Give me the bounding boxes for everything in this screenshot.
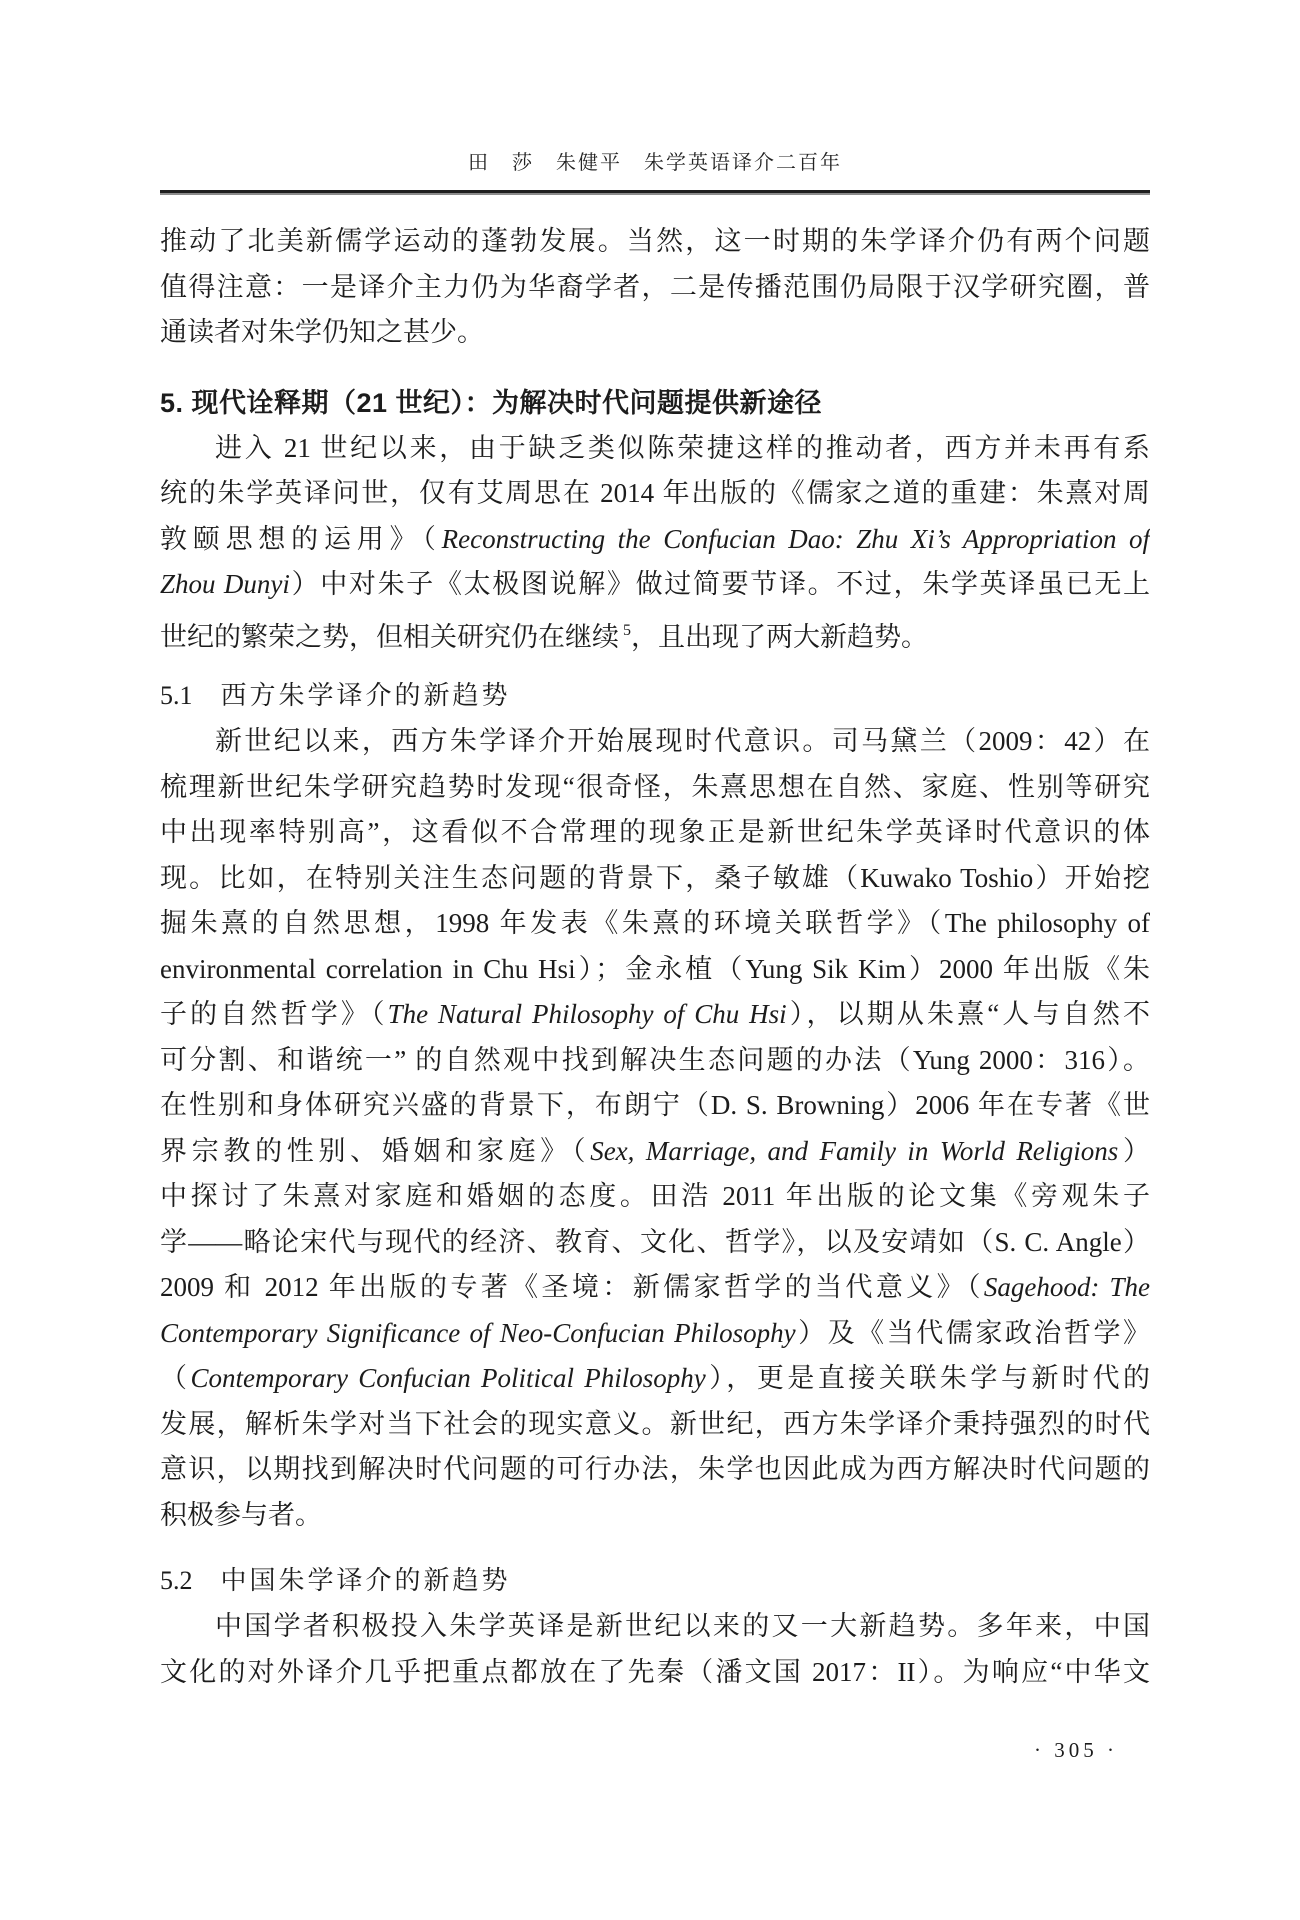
text-line: 新世纪以来，西方朱学译介开始展现时代意识。司马黛兰（2009：42）在 [160,719,1150,765]
subsection-number: 5.2 [160,1566,193,1595]
text-segment: 掘朱熹的自然思想，1998 年发表《朱熹的环境关联哲学》（The philoso… [160,908,1150,938]
text-line: （Contemporary Confucian Political Philos… [160,1356,1150,1402]
text-line: 推动了北美新儒学运动的蓬勃发展。当然，这一时期的朱学译介仍有两个问题 [160,219,1150,265]
text-segment: ，且出现了两大新趋势。 [631,622,928,652]
text-segment: 意识，以期找到解决时代问题的可行办法，朱学也因此成为西方解决时代问题的 [160,1454,1150,1484]
subsection-title: 中国朱学译介的新趋势 [221,1566,511,1595]
italic-title-segment: Contemporary Confucian Political Philoso… [191,1363,706,1393]
text-line: 界宗教的性别、婚姻和家庭》（Sex, Marriage, and Family … [160,1129,1150,1175]
paragraph: 中国学者积极投入朱学英译是新世纪以来的又一大新趋势。多年来，中国文化的对外译介几… [160,1604,1150,1695]
text-line: environmental correlation in Chu Hsi）；金永… [160,947,1150,993]
italic-title-segment: The Natural Philosophy of Chu Hsi [388,999,787,1029]
text-line: 可分割、和谐统一” 的自然观中找到解决生态问题的办法（Yung 2000：316… [160,1038,1150,1084]
text-line: 学——略论宋代与现代的经济、教育、文化、哲学》，以及安靖如（S. C. Angl… [160,1220,1150,1266]
text-line: 通读者对朱学仍知之甚少。 [160,310,1150,356]
text-segment: 在性别和身体研究兴盛的背景下，布朗宁（D. S. Browning）2006 年… [160,1090,1150,1120]
text-line: Zhou Dunyi）中对朱子《太极图说解》做过简要节译。不过，朱学英译虽已无上 [160,562,1150,608]
header-rule [160,190,1150,195]
text-segment: 中出现率特别高”，这看似不合常理的现象正是新世纪朱学英译时代意识的体 [160,817,1150,847]
text-segment: ），以期从朱熹“人与自然不 [787,999,1150,1029]
section-heading: 5. 现代诠释期（21 世纪）：为解决时代问题提供新途径 [160,380,1150,426]
subsection-heading: 5.1西方朱学译介的新趋势 [160,673,1150,719]
paragraph: 推动了北美新儒学运动的蓬勃发展。当然，这一时期的朱学译介仍有两个问题值得注意：一… [160,219,1150,356]
text-segment: 学——略论宋代与现代的经济、教育、文化、哲学》，以及安靖如（S. C. Angl… [160,1227,1150,1257]
italic-title-segment: Reconstructing the Confucian Dao: Zhu Xi… [442,524,1150,554]
text-line: 中出现率特别高”，这看似不合常理的现象正是新世纪朱学英译时代意识的体 [160,810,1150,856]
text-segment: 通读者对朱学仍知之甚少。 [160,317,484,347]
text-segment: 梳理新世纪朱学研究趋势时发现“很奇怪，朱熹思想在自然、家庭、性别等研究 [160,772,1150,802]
text-segment: 现。比如，在特别关注生态问题的背景下，桑子敏雄（Kuwako Toshio）开始… [160,863,1150,893]
text-line: 中国学者积极投入朱学英译是新世纪以来的又一大新趋势。多年来，中国 [160,1604,1150,1650]
text-line: 意识，以期找到解决时代问题的可行办法，朱学也因此成为西方解决时代问题的 [160,1447,1150,1493]
paragraph: 进入 21 世纪以来，由于缺乏类似陈荣捷这样的推动者，西方并未再有系统的朱学英译… [160,426,1150,654]
text-line: 敦颐思想的运用》（Reconstructing the Confucian Da… [160,517,1150,563]
text-line: 2009 和 2012 年出版的专著《圣境：新儒家哲学的当代意义》（Sageho… [160,1265,1150,1311]
text-line: 世纪的繁荣之势，但相关研究仍在继续5，且出现了两大新趋势。 [160,608,1150,654]
footnote-marker: 5 [623,622,631,639]
text-segment: 中探讨了朱熹对家庭和婚姻的态度。田浩 2011 年出版的论文集《旁观朱子 [160,1181,1150,1211]
text-segment: 可分割、和谐统一” 的自然观中找到解决生态问题的办法（Yung 2000：316… [160,1045,1150,1075]
text-line: 现。比如，在特别关注生态问题的背景下，桑子敏雄（Kuwako Toshio）开始… [160,856,1150,902]
text-line: 统的朱学英译问世，仅有艾周思在 2014 年出版的《儒家之道的重建：朱熹对周 [160,471,1150,517]
text-line: 文化的对外译介几乎把重点都放在了先秦（潘文国 2017：II）。为响应“中华文 [160,1650,1150,1696]
text-segment: ） [1118,1136,1150,1166]
text-line: 进入 21 世纪以来，由于缺乏类似陈荣捷这样的推动者，西方并未再有系 [160,426,1150,472]
text-segment: ）中对朱子《太极图说解》做过简要节译。不过，朱学英译虽已无上 [290,569,1150,599]
italic-title-segment: Zhou Dunyi [160,569,290,599]
text-line: 值得注意：一是译介主力仍为华裔学者，二是传播范围仍局限于汉学研究圈，普 [160,265,1150,311]
journal-page: 田 莎 朱健平 朱学英语译介二百年 推动了北美新儒学运动的蓬勃发展。当然，这一时… [0,0,1300,1920]
text-line: 积极参与者。 [160,1493,1150,1539]
text-line: 梳理新世纪朱学研究趋势时发现“很奇怪，朱熹思想在自然、家庭、性别等研究 [160,765,1150,811]
text-segment: ）及《当代儒家政治哲学》 [796,1318,1150,1348]
text-segment: 值得注意：一是译介主力仍为华裔学者，二是传播范围仍局限于汉学研究圈，普 [160,272,1150,302]
text-segment: environmental correlation in Chu Hsi）；金永… [160,954,1150,984]
text-segment: ），更是直接关联朱学与新时代的 [706,1363,1150,1393]
text-line: 子的自然哲学》（The Natural Philosophy of Chu Hs… [160,992,1150,1038]
paragraph: 新世纪以来，西方朱学译介开始展现时代意识。司马黛兰（2009：42）在梳理新世纪… [160,719,1150,1538]
text-segment: 世纪的繁荣之势，但相关研究仍在继续 [160,622,619,652]
text-line: Contemporary Significance of Neo-Confuci… [160,1311,1150,1357]
subsection-number: 5.1 [160,681,193,710]
text-segment: 进入 21 世纪以来，由于缺乏类似陈荣捷这样的推动者，西方并未再有系 [215,433,1150,463]
text-segment: 发展，解析朱学对当下社会的现实意义。新世纪，西方朱学译介秉持强烈的时代 [160,1409,1150,1439]
text-line: 发展，解析朱学对当下社会的现实意义。新世纪，西方朱学译介秉持强烈的时代 [160,1402,1150,1448]
subsection-heading: 5.2中国朱学译介的新趋势 [160,1558,1150,1604]
page-number: · 305 · [160,1738,1150,1763]
text-segment: 界宗教的性别、婚姻和家庭》（ [160,1136,590,1166]
text-line: 掘朱熹的自然思想，1998 年发表《朱熹的环境关联哲学》（The philoso… [160,901,1150,947]
text-line: 中探讨了朱熹对家庭和婚姻的态度。田浩 2011 年出版的论文集《旁观朱子 [160,1174,1150,1220]
text-segment: 新世纪以来，西方朱学译介开始展现时代意识。司马黛兰（2009：42）在 [215,726,1150,756]
page-number-text: · 305 · [1034,1738,1118,1762]
text-segment: 积极参与者。 [160,1500,322,1530]
italic-title-segment: Sex, Marriage, and Family in World Relig… [590,1136,1118,1166]
text-segment: 子的自然哲学》（ [160,999,388,1029]
content-blocks: 推动了北美新儒学运动的蓬勃发展。当然，这一时期的朱学译介仍有两个问题值得注意：一… [160,219,1150,1695]
text-segment: 中国学者积极投入朱学英译是新世纪以来的又一大新趋势。多年来，中国 [215,1611,1150,1641]
italic-title-segment: Contemporary Significance of Neo-Confuci… [160,1318,796,1348]
text-segment: 推动了北美新儒学运动的蓬勃发展。当然，这一时期的朱学译介仍有两个问题 [160,226,1150,256]
italic-title-segment: Sagehood: The [984,1272,1150,1302]
text-segment: 2009 和 2012 年出版的专著《圣境：新儒家哲学的当代意义》（ [160,1272,984,1302]
text-segment: （ [160,1363,191,1393]
running-header: 田 莎 朱健平 朱学英语译介二百年 [160,146,1150,175]
text-segment: 敦颐思想的运用》（ [160,524,442,554]
page-content: 田 莎 朱健平 朱学英语译介二百年 推动了北美新儒学运动的蓬勃发展。当然，这一时… [160,0,1150,1695]
text-line: 在性别和身体研究兴盛的背景下，布朗宁（D. S. Browning）2006 年… [160,1083,1150,1129]
subsection-title: 西方朱学译介的新趋势 [221,681,511,710]
text-segment: 统的朱学英译问世，仅有艾周思在 2014 年出版的《儒家之道的重建：朱熹对周 [160,478,1150,508]
text-segment: 文化的对外译介几乎把重点都放在了先秦（潘文国 2017：II）。为响应“中华文 [160,1657,1150,1687]
